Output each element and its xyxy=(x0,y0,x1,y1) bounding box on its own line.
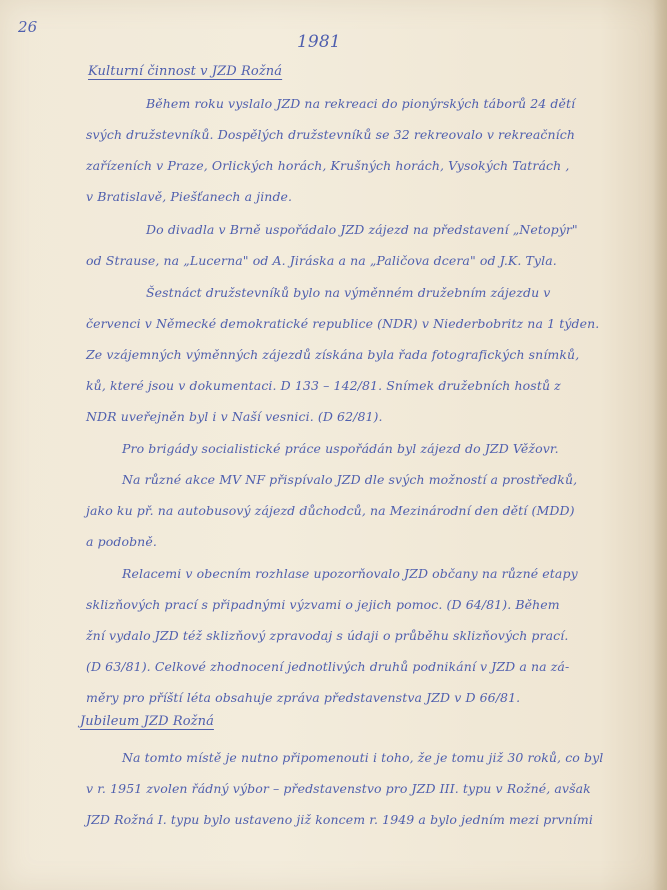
text-line: (D 63/81). Celkové zhodnocení jednotlivý… xyxy=(86,659,569,674)
text-line: červenci v Německé demokratické republic… xyxy=(86,316,599,331)
text-line: NDR uveřejněn byl i v Naší vesnici. (D 6… xyxy=(86,409,383,424)
text-line: Během roku vyslalo JZD na rekreaci do pi… xyxy=(146,96,575,111)
text-line: sklizňových prací s připadnými výzvami o… xyxy=(86,597,560,612)
section-heading-cultural-activity: Kulturní činnost v JZD Rožná xyxy=(88,64,282,79)
text-line: Do divadla v Brně uspořádalo JZD zájezd … xyxy=(146,222,578,237)
text-line: Pro brigády socialistické práce uspořádá… xyxy=(122,441,559,456)
text-line: Na tomto místě je nutno připomenouti i t… xyxy=(122,750,603,765)
page-number: 26 xyxy=(18,18,37,36)
text-line: Relacemi v obecním rozhlase upozorňovalo… xyxy=(122,566,578,581)
binding-shadow xyxy=(653,0,667,890)
handwritten-chronicle-page: 26 1981 Kulturní činnost v JZD Rožná Běh… xyxy=(0,0,667,890)
text-line: v Bratislavě, Piešťanech a jinde. xyxy=(86,189,292,204)
text-line: žní vydalo JZD též sklizňový zpravodaj s… xyxy=(86,628,568,643)
text-line: jako ku př. na autobusový zájezd důchodc… xyxy=(86,503,575,518)
text-line: Na různé akce MV NF přispívalo JZD dle s… xyxy=(122,472,577,487)
section-heading-jubilee: Jubileum JZD Rožná xyxy=(80,714,214,729)
text-line: v r. 1951 zvolen řádný výbor – představe… xyxy=(86,781,591,796)
year-heading: 1981 xyxy=(297,32,341,52)
text-line: Ze vzájemných výměnných zájezdů získána … xyxy=(86,347,579,362)
text-line: měry pro příští léta obsahuje zpráva pře… xyxy=(86,690,520,705)
text-line: od Strause, na „Lucerna" od A. Jiráska a… xyxy=(86,253,557,268)
text-line: a podobně. xyxy=(86,534,157,549)
text-line: JZD Rožná I. typu bylo ustaveno již konc… xyxy=(86,812,593,827)
text-line: zařízeních v Praze, Orlických horách, Kr… xyxy=(86,158,569,173)
text-line: Šestnáct družstevníků bylo na výměnném d… xyxy=(146,285,550,300)
text-line: svých družstevníků. Dospělých družstevní… xyxy=(86,127,575,142)
text-line: ků, které jsou v dokumentaci. D 133 – 14… xyxy=(86,378,561,393)
